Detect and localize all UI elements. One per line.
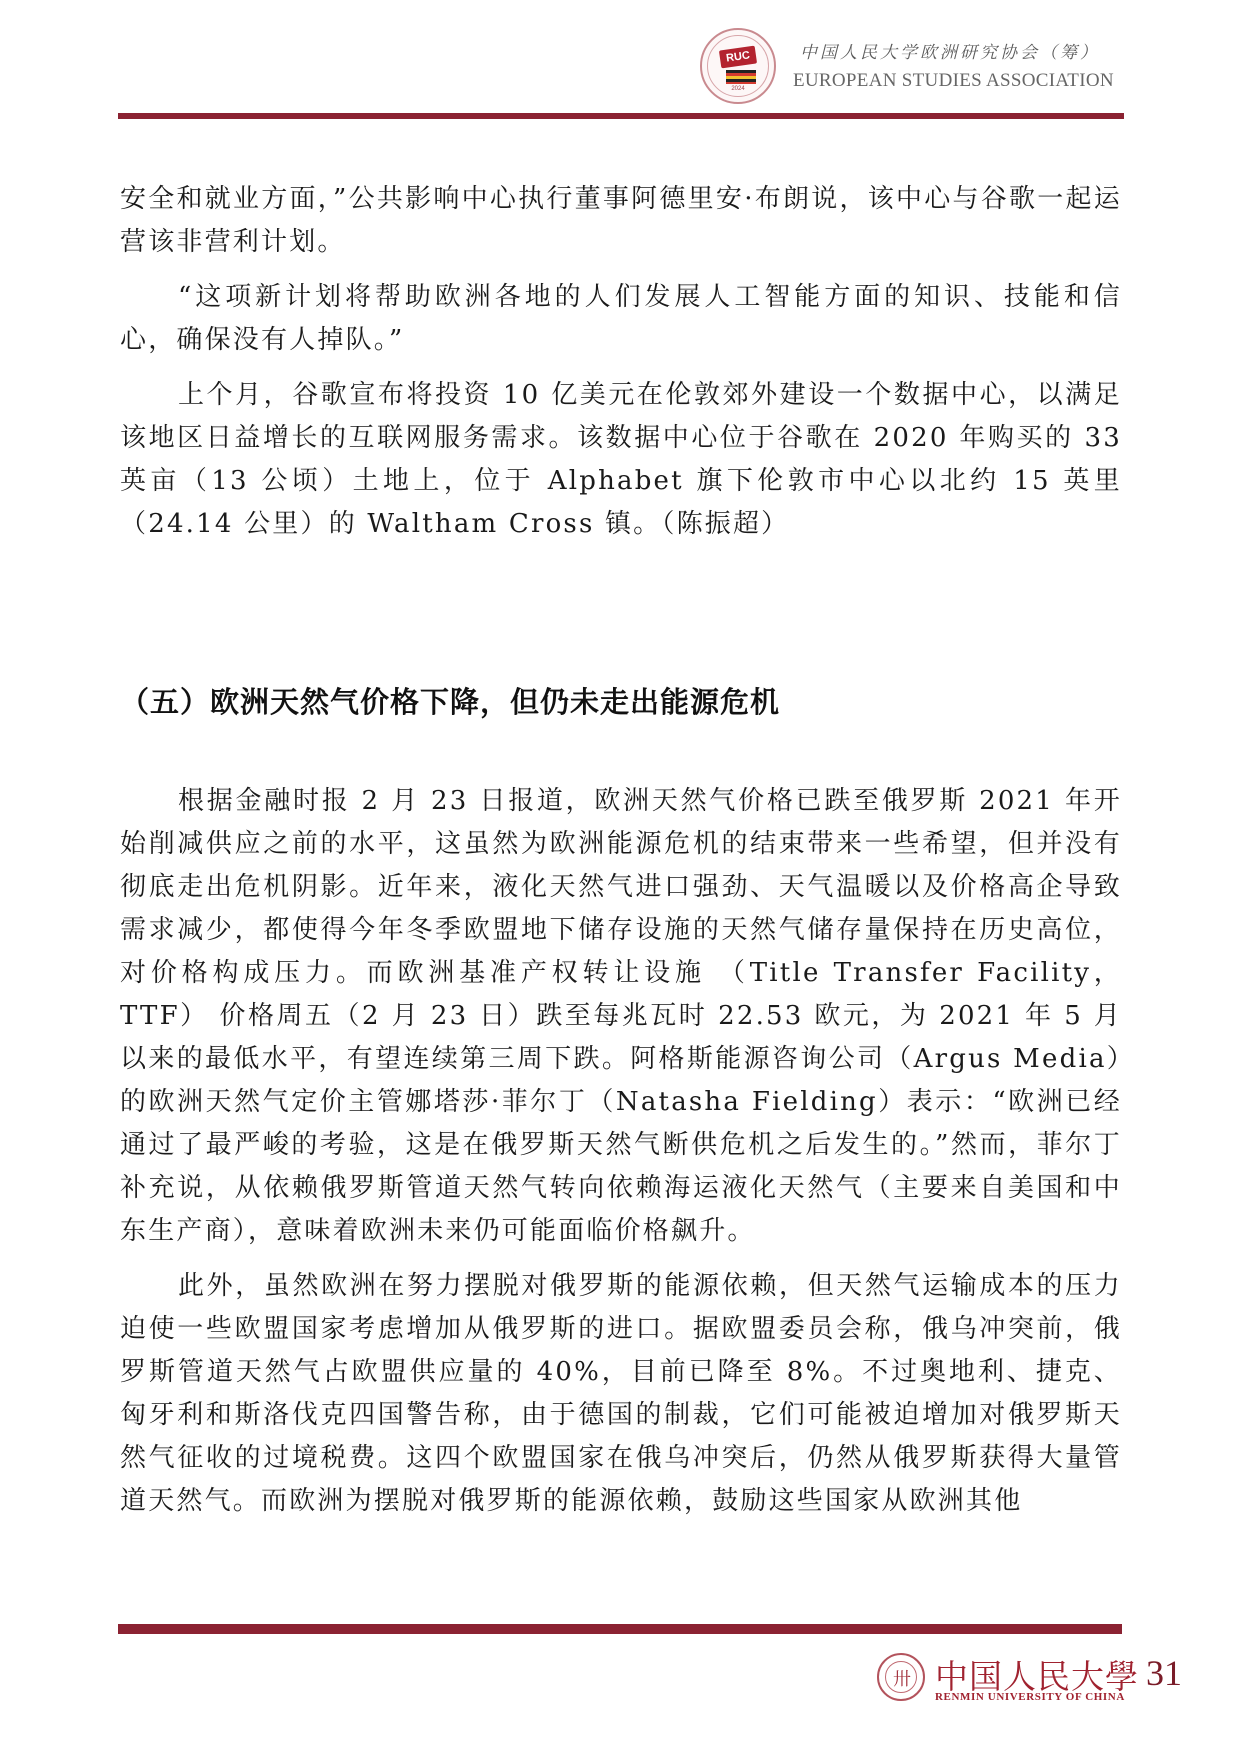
- paragraph: 上个月，谷歌宣布将投资 10 亿美元在伦敦郊外建设一个数据中心，以满足该地区日益…: [120, 374, 1122, 546]
- header-org-name-cn: 中国人民大学欧洲研究协会（筹）: [800, 38, 1100, 63]
- seal-stripes: [726, 70, 756, 84]
- association-seal-logo: RUC 2024: [700, 28, 776, 104]
- paragraph: 根据金融时报 2 月 23 日报道，欧洲天然气价格已跌至俄罗斯 2021 年开始…: [120, 780, 1122, 1253]
- paragraph: 此外，虽然欧洲在努力摆脱对俄罗斯的能源依赖，但天然气运输成本的压力迫使一些欧盟国…: [120, 1265, 1122, 1523]
- article-prev: 安全和就业方面，”公共影响中心执行董事阿德里安·布朗说，该中心与谷歌一起运营该非…: [120, 178, 1122, 546]
- page-number: 31: [1146, 1652, 1182, 1694]
- footer-university-name-en: RENMIN UNIVERSITY OF CHINA: [935, 1691, 1125, 1703]
- section-body: 根据金融时报 2 月 23 日报道，欧洲天然气价格已跌至俄罗斯 2021 年开始…: [120, 780, 1122, 1523]
- paragraph: “这项新计划将帮助欧洲各地的人们发展人工智能方面的知识、技能和信心，确保没有人掉…: [120, 276, 1122, 362]
- header-org-name-en: EUROPEAN STUDIES ASSOCIATION: [793, 70, 1114, 92]
- seal-glyph: 卅: [879, 1665, 923, 1691]
- university-seal-icon: 卅: [877, 1653, 925, 1701]
- header-divider: [118, 113, 1124, 119]
- seal-year: 2024: [702, 86, 774, 92]
- footer-divider: [118, 1624, 1122, 1634]
- section-heading: （五）欧洲天然气价格下降，但仍未走出能源危机: [120, 680, 780, 721]
- paragraph: 安全和就业方面，”公共影响中心执行董事阿德里安·布朗说，该中心与谷歌一起运营该非…: [120, 178, 1122, 264]
